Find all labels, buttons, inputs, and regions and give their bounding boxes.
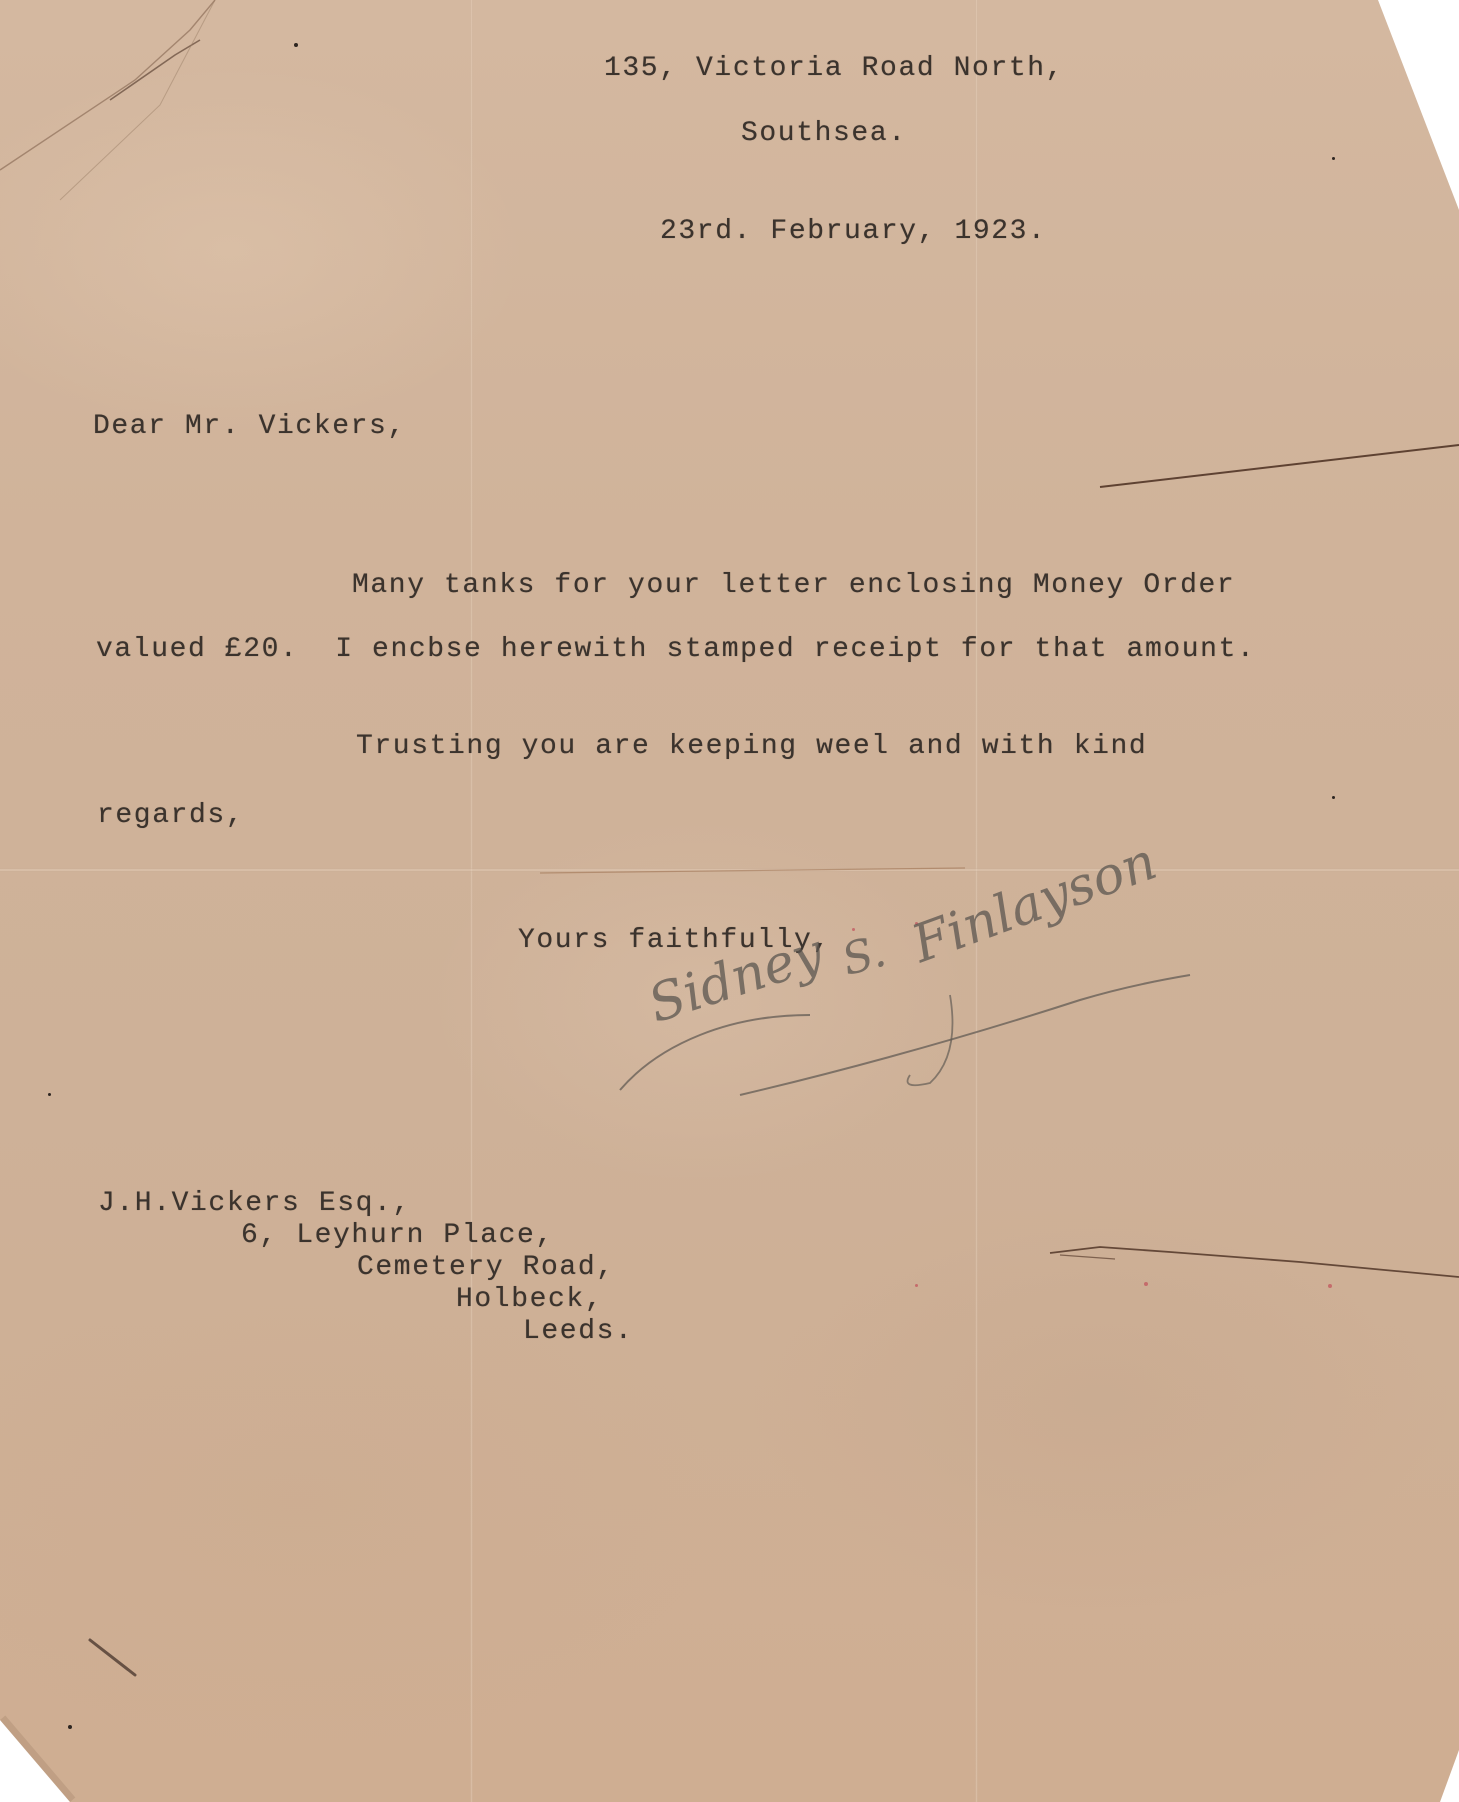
letter-date: 23rd. February, 1923.	[660, 218, 1046, 246]
sender-address-line2: Southsea.	[741, 120, 907, 148]
recipient-address-line1: J.H.Vickers Esq.,	[98, 1190, 411, 1218]
paper-speck	[1332, 796, 1335, 799]
recipient-address-line5: Leeds.	[523, 1318, 633, 1346]
body-paragraph2-line2: regards,	[97, 802, 244, 830]
salutation: Dear Mr. Vickers,	[93, 413, 406, 441]
vertical-fold-left	[470, 0, 473, 1802]
body-paragraph1-line1: Many tanks for your letter enclosing Mon…	[352, 572, 1235, 600]
handwritten-signature: Sidney S. Finlayson	[610, 905, 1230, 1105]
letter-paper: 135, Victoria Road North, Southsea. 23rd…	[0, 0, 1459, 1802]
body-paragraph2-line1: Trusting you are keeping weel and with k…	[356, 733, 1147, 761]
paper-speck	[48, 1093, 51, 1096]
recipient-address-line4: Holbeck,	[456, 1286, 603, 1314]
body-paragraph1-line2: valued £20. I encbse herewith stamped re…	[96, 636, 1255, 664]
creases-and-tears	[0, 0, 1459, 1802]
sender-address-line1: 135, Victoria Road North,	[604, 55, 1064, 83]
red-ink-speck	[915, 1284, 918, 1287]
paper-speck	[68, 1725, 72, 1729]
paper-speck	[1332, 157, 1335, 160]
red-ink-speck	[1144, 1282, 1148, 1286]
recipient-address-line3: Cemetery Road,	[357, 1254, 615, 1282]
recipient-address-line2: 6, Leyhurn Place,	[241, 1222, 554, 1250]
paper-speck	[294, 43, 298, 47]
horizontal-fold	[0, 868, 1459, 872]
red-ink-speck	[1328, 1284, 1332, 1288]
